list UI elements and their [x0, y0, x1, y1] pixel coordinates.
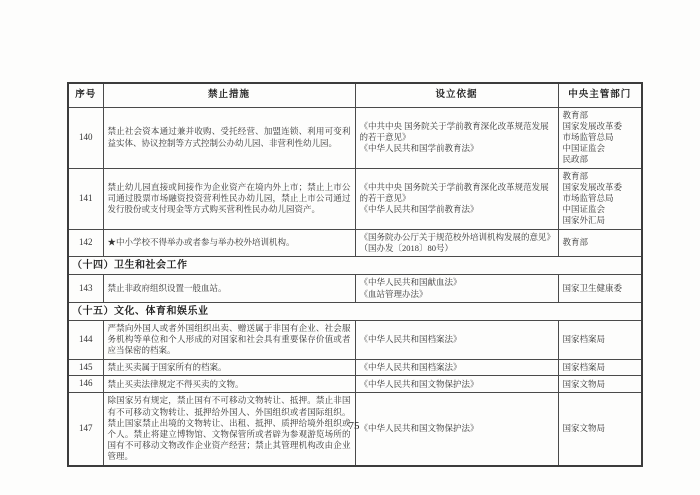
header-cell-measure: 禁止措施	[103, 83, 355, 107]
basis-cell: 《国务院办公厅关于规范校外培训机构发展的意见》（国办发〔2018〕80号）	[355, 229, 558, 256]
department-cell: 国家档案局	[558, 359, 642, 376]
item-row: 140禁止社会资本通过兼并收购、受托经营、加盟连锁、利用可变利益实体、协议控制等…	[68, 107, 642, 168]
section-row: （十五）文化、体育和娱乐业	[68, 302, 642, 320]
row-number: 144	[68, 320, 103, 359]
row-number: 143	[68, 275, 103, 302]
item-row: 142★中小学校不得举办或者参与举办校外培训机构。《国务院办公厅关于规范校外培训…	[68, 229, 642, 256]
department-cell: 国家文物局	[558, 376, 642, 393]
measure-cell: 禁止非政府组织设置一般血站。	[103, 275, 355, 302]
department-cell: 国家卫生健康委	[558, 275, 642, 302]
negative-list-table: 序号 禁止措施 设立依据 中央主管部门 140禁止社会资本通过兼并收购、受托经营…	[67, 82, 643, 467]
measure-cell: 禁止买卖属于国家所有的档案。	[103, 359, 355, 376]
basis-cell: 《中华人民共和国文物保护法》	[355, 376, 558, 393]
basis-cell: 《中华人民共和国档案法》	[355, 320, 558, 359]
row-number: 142	[68, 229, 103, 256]
section-label: （十五）文化、体育和娱乐业	[68, 302, 642, 320]
department-cell: 教育部 国家发展改革委 市场监管总局 中国证监会 国家外汇局	[558, 168, 642, 229]
basis-cell: 《中共中央 国务院关于学前教育深化改革规范发展的若干意见》 《中华人民共和国学前…	[355, 107, 558, 168]
basis-cell: 《中华人民共和国档案法》	[355, 359, 558, 376]
table-body: 140禁止社会资本通过兼并收购、受托经营、加盟连锁、利用可变利益实体、协议控制等…	[68, 107, 642, 466]
basis-cell: 《中华人民共和国献血法》 《血站管理办法》	[355, 275, 558, 302]
header-cell-basis: 设立依据	[355, 83, 558, 107]
basis-cell: 《中共中央 国务院关于学前教育深化改革规范发展的若干意见》 《中华人民共和国学前…	[355, 168, 558, 229]
section-label: （十四）卫生和社会工作	[68, 257, 642, 275]
document-page: 序号 禁止措施 设立依据 中央主管部门 140禁止社会资本通过兼并收购、受托经营…	[0, 0, 700, 495]
item-row: 144严禁向外国人或者外国组织出卖、赠送属于非国有企业、社会服务机构等单位和个人…	[68, 320, 642, 359]
item-row: 141禁止幼儿园直接或间接作为企业资产在境内外上市；禁止上市公司通过股票市场融资…	[68, 168, 642, 229]
department-cell: 教育部	[558, 229, 642, 256]
row-number: 146	[68, 376, 103, 393]
row-number: 141	[68, 168, 103, 229]
section-row: （十四）卫生和社会工作	[68, 257, 642, 275]
item-row: 145禁止买卖属于国家所有的档案。《中华人民共和国档案法》国家档案局	[68, 359, 642, 376]
department-cell: 教育部 国家发展改革委 市场监管总局 中国证监会 民政部	[558, 107, 642, 168]
item-row: 146禁止买卖法律规定不得买卖的文物。《中华人民共和国文物保护法》国家文物局	[68, 376, 642, 393]
header-cell-number: 序号	[68, 83, 103, 107]
measure-cell: 禁止社会资本通过兼并收购、受托经营、加盟连锁、利用可变利益实体、协议控制等方式控…	[103, 107, 355, 168]
measure-cell: 禁止买卖法律规定不得买卖的文物。	[103, 376, 355, 393]
header-cell-department: 中央主管部门	[558, 83, 642, 107]
page-number: 75	[67, 420, 641, 432]
item-row: 143禁止非政府组织设置一般血站。《中华人民共和国献血法》 《血站管理办法》国家…	[68, 275, 642, 302]
row-number: 145	[68, 359, 103, 376]
header-row: 序号 禁止措施 设立依据 中央主管部门	[68, 83, 642, 107]
row-number: 140	[68, 107, 103, 168]
measure-cell: ★中小学校不得举办或者参与举办校外培训机构。	[103, 229, 355, 256]
department-cell: 国家档案局	[558, 320, 642, 359]
measure-cell: 禁止幼儿园直接或间接作为企业资产在境内外上市；禁止上市公司通过股票市场融资投资营…	[103, 168, 355, 229]
measure-cell: 严禁向外国人或者外国组织出卖、赠送属于非国有企业、社会服务机构等单位和个人形成的…	[103, 320, 355, 359]
